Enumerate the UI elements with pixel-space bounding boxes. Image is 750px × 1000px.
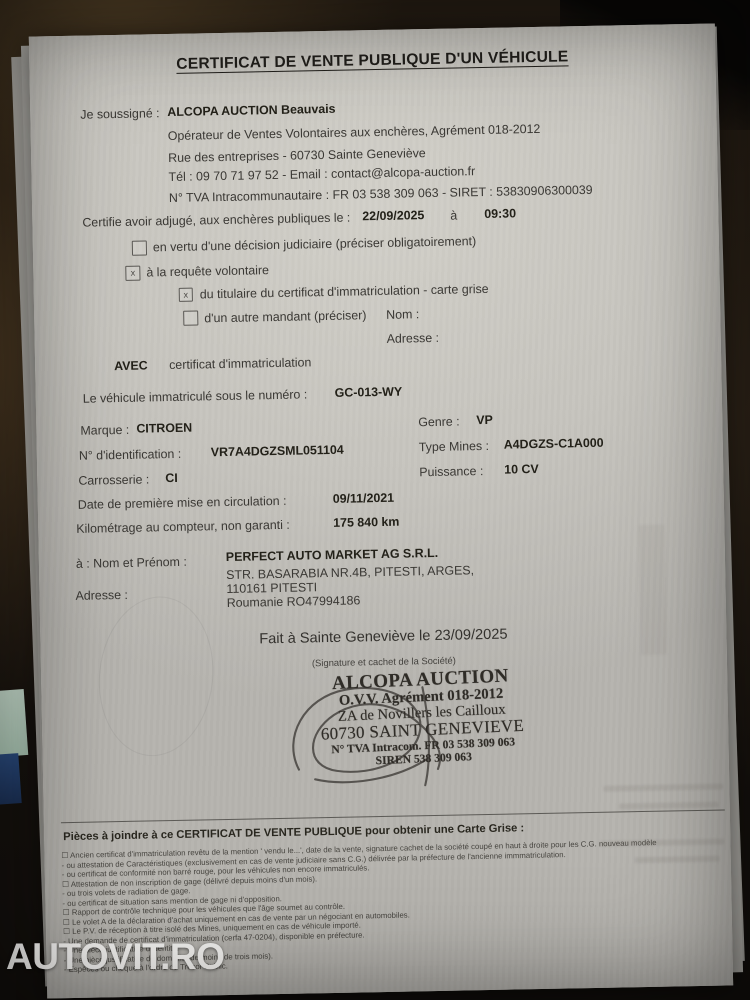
declarant-line3: Tél : 09 70 71 97 52 - Email : contact@a… [168, 164, 475, 184]
checkbox-titulaire-certificat: x [179, 288, 193, 302]
declarant-label: Je soussigné : [80, 106, 159, 122]
checkbox-label-decision-judiciaire: en vertu d'une décision judiciaire (préc… [153, 234, 477, 254]
signature-scribble [273, 668, 465, 797]
autovit-watermark: AUTOVIT.RO [6, 936, 224, 978]
checkbox-decision-judiciaire [132, 240, 147, 255]
buyer-address-lines: STR. BASARABIA NR.4B, PITESTI, ARGES,110… [226, 563, 475, 610]
vin-label: N° d'identification : [79, 447, 182, 463]
document-title: CERTIFICAT DE VENTE PUBLIQUE D'UN VÉHICU… [29, 45, 715, 76]
declarant-line1: Opérateur de Ventes Volontaires aux ench… [168, 122, 541, 143]
puissance-value: 10 CV [504, 462, 539, 477]
reg-value: GC-013-WY [335, 385, 403, 400]
adjudication-time: 09:30 [484, 206, 516, 221]
marque-value: CITROEN [136, 421, 192, 436]
show-through-mark [603, 783, 723, 791]
checkbox-label-titulaire-certificat: du titulaire du certificat d'immatricula… [200, 282, 489, 302]
declarant-line4: N° TVA Intracommunautaire : FR 03 538 30… [169, 183, 593, 205]
section-divider [61, 809, 725, 823]
faint-pencil-oval [91, 591, 221, 762]
blue-paper-tab [0, 753, 22, 805]
show-through-mark [638, 525, 666, 655]
buyer-to-label: à : Nom et Prénom : [76, 555, 187, 571]
declarant-name: ALCOPA AUCTION Beauvais [167, 102, 335, 119]
declarant-line2: Rue des entreprises - 60730 Sainte Genev… [168, 146, 426, 165]
checkbox-label-autre-mandant: d'un autre mandant (préciser) [204, 308, 366, 325]
puissance-label: Puissance : [419, 464, 483, 479]
km-value: 175 840 km [333, 515, 399, 530]
marque-label: Marque : [80, 423, 129, 438]
adjudication-at-label: à [450, 208, 457, 222]
buyer-adresse-label: Adresse : [75, 588, 128, 603]
reg-label: Le véhicule immatriculé sous le numéro : [83, 387, 308, 405]
avec-bold: AVEC [114, 358, 148, 373]
type-mines-value: A4DGZS-C1A000 [504, 436, 604, 452]
avec-text: certificat d'immatriculation [169, 355, 311, 372]
carrosserie-label: Carrosserie : [78, 472, 149, 487]
certificate-document: CERTIFICAT DE VENTE PUBLIQUE D'UN VÉHICU… [29, 24, 733, 999]
date-circ-label: Date de première mise en circulation : [78, 494, 287, 512]
adjudication-label: Certifie avoir adjugé, aux enchères publ… [82, 211, 350, 230]
vin-value: VR7A4DGZSML051104 [211, 443, 344, 460]
checkbox-label-requete-volontaire: à la requête volontaire [146, 263, 269, 279]
type-mines-label: Type Mines : [419, 439, 490, 454]
show-through-mark [619, 802, 719, 810]
checkbox-autre-mandant [183, 310, 198, 325]
buyer-name: PERFECT AUTO MARKET AG S.R.L. [226, 546, 438, 564]
genre-label: Genre : [418, 414, 460, 429]
mandant-adresse-label: Adresse : [387, 331, 440, 346]
photo-scene: CERTIFICAT DE VENTE PUBLIQUE D'UN VÉHICU… [0, 0, 750, 1000]
checkbox-requete-volontaire: x [125, 266, 140, 281]
genre-value: VP [476, 413, 493, 427]
green-paper-tab [0, 689, 28, 757]
adjudication-date: 22/09/2025 [362, 208, 424, 223]
mandant-nom-label: Nom : [386, 307, 419, 322]
km-label: Kilométrage au compteur, non garanti : [76, 518, 290, 536]
date-circ-value: 09/11/2021 [333, 491, 395, 506]
pieces-heading: Pièces à joindre à ce CERTIFICAT DE VENT… [63, 822, 524, 843]
carrosserie-value: CI [165, 471, 178, 485]
